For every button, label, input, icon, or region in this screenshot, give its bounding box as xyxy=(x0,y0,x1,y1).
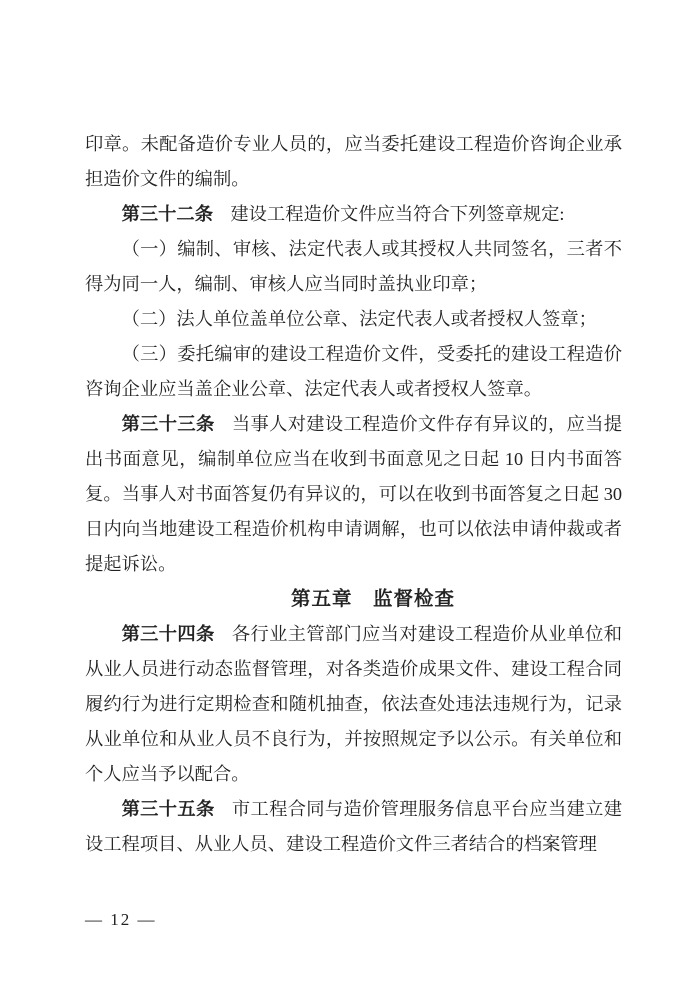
paragraph-article-33: 第三十三条当事人对建设工程造价文件存有异议的，应当提出书面意见，编制单位应当在收… xyxy=(85,407,622,582)
paragraph-article-32: 第三十二条建设工程造价文件应当符合下列签章规定: xyxy=(85,197,622,232)
paragraph-item-2: （二）法人单位盖单位公章、法定代表人或者授权人签章； xyxy=(85,302,622,337)
paragraph-text: （二）法人单位盖单位公章、法定代表人或者授权人签章； xyxy=(122,309,597,329)
paragraph-text: 建设工程造价文件应当符合下列签章规定: xyxy=(230,204,564,224)
paragraph-continuation: 印章。未配备造价专业人员的，应当委托建设工程造价咨询企业承担造价文件的编制。 xyxy=(85,127,622,197)
page-number: — 12 — xyxy=(85,908,157,932)
paragraph-text: 印章。未配备造价专业人员的，应当委托建设工程造价咨询企业承担造价文件的编制。 xyxy=(85,134,622,189)
paragraph-article-35: 第三十五条市工程合同与造价管理服务信息平台应当建立建设工程项目、从业人员、建设工… xyxy=(85,792,622,862)
paragraph-text: （一）编制、审核、法定代表人或其授权人共同签名，三者不得为同一人，编制、审核人应… xyxy=(85,239,622,294)
paragraph-article-34: 第三十四条各行业主管部门应当对建设工程造价从业单位和从业人员进行动态监督管理，对… xyxy=(85,617,622,792)
paragraph-item-3: （三）委托编审的建设工程造价文件，受委托的建设工程造价咨询企业应当盖企业公章、法… xyxy=(85,337,622,407)
paragraph-text: 各行业主管部门应当对建设工程造价从业单位和从业人员进行动态监督管理，对各类造价成… xyxy=(85,624,622,784)
paragraph-item-1: （一）编制、审核、法定代表人或其授权人共同签名，三者不得为同一人，编制、审核人应… xyxy=(85,232,622,302)
article-number: 第三十四条 xyxy=(122,624,215,644)
article-number: 第三十二条 xyxy=(122,204,213,224)
paragraph-text: 当事人对建设工程造价文件存有异议的，应当提出书面意见，编制单位应当在收到书面意见… xyxy=(85,414,622,574)
chapter-heading: 第五章 监督检查 xyxy=(85,582,622,617)
paragraph-text: （三）委托编审的建设工程造价文件，受委托的建设工程造价咨询企业应当盖企业公章、法… xyxy=(85,344,622,399)
article-number: 第三十三条 xyxy=(122,414,215,434)
article-number: 第三十五条 xyxy=(122,799,215,819)
document-page: 印章。未配备造价专业人员的，应当委托建设工程造价咨询企业承担造价文件的编制。 第… xyxy=(0,0,700,990)
document-body: 印章。未配备造价专业人员的，应当委托建设工程造价咨询企业承担造价文件的编制。 第… xyxy=(85,127,622,862)
